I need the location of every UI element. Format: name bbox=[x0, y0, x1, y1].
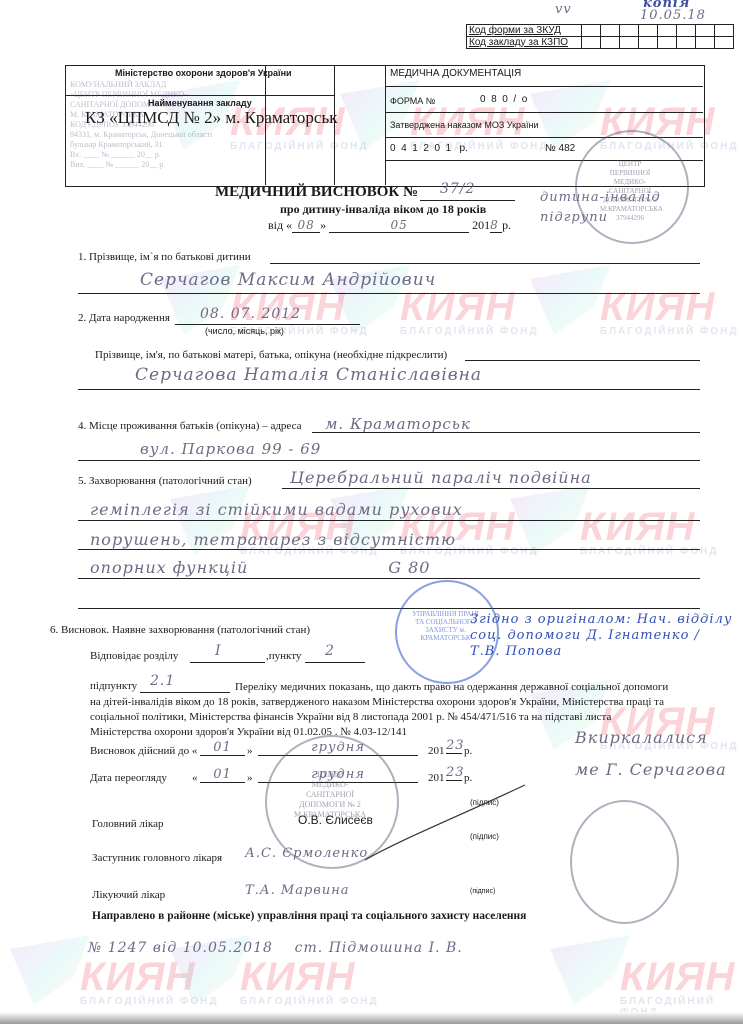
code-label: Код форми за ЗКУД bbox=[467, 25, 582, 37]
valid-day[interactable]: 01 bbox=[200, 740, 245, 756]
chief-signature bbox=[360, 780, 530, 870]
doctor-name: Т.А. Марвина bbox=[245, 883, 350, 898]
codes-row: Код форми за ЗКУД bbox=[467, 25, 734, 37]
institution-label: Найменування закладу bbox=[148, 98, 252, 108]
doc-number: 37/2 bbox=[440, 181, 475, 197]
disease-line[interactable]: порушень, тетрапарез з відсутністю bbox=[90, 530, 456, 549]
codes-row: Код закладу за КЗПО bbox=[467, 37, 734, 49]
deputy-name: А.С. Єрмоленко bbox=[245, 846, 368, 861]
referral-text: Направлено в районне (міське) управління… bbox=[92, 910, 526, 922]
watermark: КИЯНБЛАГОДІЙНИЙ ФОНД bbox=[80, 955, 218, 1007]
doctor-label: Лікуючий лікар bbox=[92, 889, 165, 901]
referral-handwritten: № 1247 від 10.05.2018 ст. Підмошина І. В… bbox=[88, 940, 463, 956]
side-note-bottom: Вкиркалалися ме Г. Серчагова bbox=[575, 722, 735, 786]
child-name-value[interactable]: Серчагов Максим Андрійович bbox=[140, 270, 436, 290]
codes-table: Код форми за ЗКУД Код закладу за КЗПО bbox=[466, 24, 734, 49]
disease-line[interactable]: геміплегія зі стійкими вадами рухових bbox=[90, 500, 463, 519]
birth-hint: (число, місяць, рік) bbox=[205, 326, 284, 336]
child-name-label: 1. Прізвище, ім`я по батькові дитини bbox=[78, 251, 251, 263]
doc-title: МЕДИЧНИЙ ВИСНОВОК № bbox=[215, 184, 418, 201]
conclusion-label: 6. Висновок. Наявне захворювання (патоло… bbox=[50, 624, 310, 636]
watermark: КИЯНБЛАГОДІЙНИЙ ФОНД bbox=[240, 955, 378, 1007]
copy-date: 10.05.18 bbox=[640, 8, 706, 23]
section-label: Відповідає розділу bbox=[90, 650, 178, 662]
agreement-note: Згідно з оригіналом: Нач. відділу соц. д… bbox=[470, 612, 735, 660]
form-number: 0 8 0 / о bbox=[480, 94, 527, 105]
order-number: № 482 bbox=[545, 143, 575, 154]
review-label: Дата переогляду bbox=[90, 772, 167, 784]
review-day[interactable]: 01 bbox=[200, 767, 245, 783]
birth-value[interactable]: 08. 07. 2012 bbox=[200, 306, 301, 322]
review-year[interactable]: 23 bbox=[446, 765, 462, 781]
birth-label: 2. Дата народження bbox=[78, 312, 170, 324]
point-label: ,пункту bbox=[266, 650, 301, 662]
approved-date: 0 4 1 2 0 1 р. bbox=[390, 143, 468, 154]
signature-stamp bbox=[570, 800, 679, 924]
parent-label: Прізвище, ім'я, по батькові матері, бать… bbox=[95, 349, 447, 361]
address-value-2[interactable]: вул. Паркова 99 - 69 bbox=[140, 440, 321, 458]
top-mark: vv bbox=[555, 2, 572, 17]
valid-year[interactable]: 23 bbox=[446, 738, 462, 754]
point-value[interactable]: 2 bbox=[325, 643, 335, 659]
chief-label: Головний лікар bbox=[92, 818, 163, 830]
institution-name: КЗ «ЦПМСД № 2» м. Краматорськ bbox=[85, 108, 338, 128]
disease-label: 5. Захворювання (патологічний стан) bbox=[78, 475, 252, 487]
side-note-top: дитина-інвалід підгрупи bbox=[540, 188, 730, 228]
section-value[interactable]: І bbox=[215, 643, 222, 659]
doc-type: МЕДИЧНА ДОКУМЕНТАЦІЯ bbox=[390, 68, 521, 79]
parent-value[interactable]: Серчагова Наталія Станіславівна bbox=[135, 365, 482, 385]
ministry-label: Міністерство охорони здоров'я України bbox=[115, 68, 292, 78]
form-label: ФОРМА № bbox=[390, 96, 435, 106]
doc-date: від «08» 05 2018р. bbox=[268, 218, 511, 233]
code-label: Код закладу за КЗПО bbox=[467, 37, 582, 49]
address-label: 4. Місце проживання батьків (опікуна) – … bbox=[78, 420, 301, 432]
valid-label: Висновок дійсний до « bbox=[90, 745, 197, 757]
approved-label: Затверджена наказом МОЗ України bbox=[390, 120, 539, 130]
watermark: КИЯНБЛАГОДІЙНИЙ ФОНД bbox=[620, 955, 743, 1018]
deputy-label: Заступник головного лікаря bbox=[92, 852, 222, 864]
disease-line[interactable]: Церебральний параліч подвійна bbox=[290, 468, 592, 487]
disease-line[interactable]: опорних функцій G 80 bbox=[90, 558, 430, 577]
doc-subtitle: про дитину-інваліда віком до 18 років bbox=[280, 202, 486, 217]
address-value-1[interactable]: м. Краматорськ bbox=[325, 415, 471, 433]
